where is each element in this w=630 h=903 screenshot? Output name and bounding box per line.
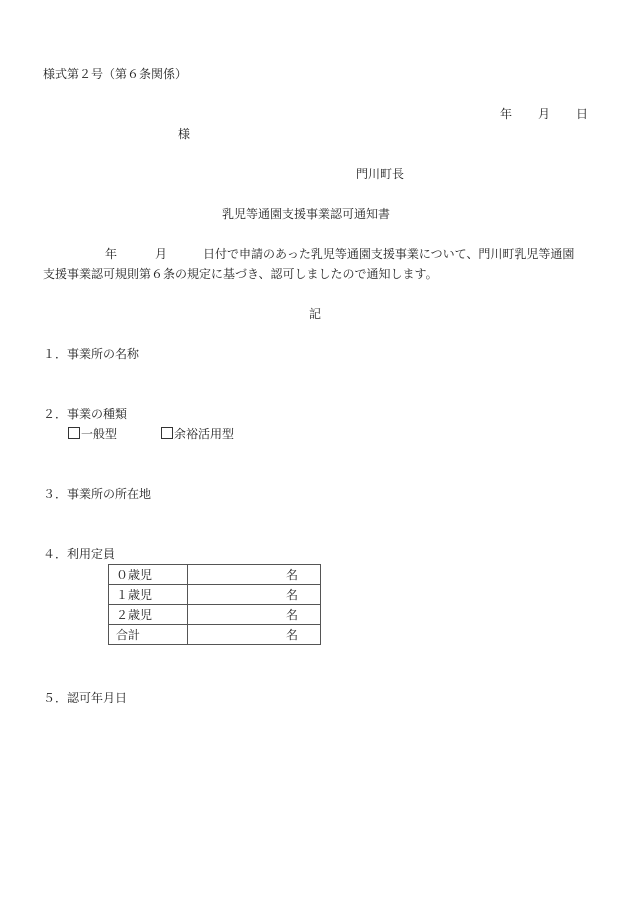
item-business-type: ２．事業の種類	[43, 406, 127, 422]
capacity-table: ０歳児 名 １歳児 名 ２歳児 名 合計 名	[108, 564, 321, 645]
row-count-field[interactable]: 名	[188, 605, 321, 625]
checkbox-icon[interactable]	[68, 427, 80, 439]
row-label: 合計	[109, 625, 188, 645]
body-month: 月	[155, 246, 203, 262]
ki-heading: 記	[309, 306, 321, 322]
table-row: １歳児 名	[109, 585, 321, 605]
body-line-1: 年月日付で申請のあった乳児等通園支援事業について、門川町乳児等通園	[43, 246, 574, 262]
date-day: 日	[576, 106, 588, 122]
table-row: ０歳児 名	[109, 565, 321, 585]
body-year: 年	[105, 246, 155, 262]
row-count-field[interactable]: 名	[188, 625, 321, 645]
table-row: 合計 名	[109, 625, 321, 645]
body-rest: 日付で申請のあった乳児等通園支援事業について、門川町乳児等通園	[203, 247, 574, 261]
item-facility-name: １．事業所の名称	[43, 346, 139, 362]
date-year: 年	[500, 106, 538, 122]
table-row: ２歳児 名	[109, 605, 321, 625]
option-surplus[interactable]: 余裕活用型	[161, 426, 234, 442]
business-type-options: 一般型余裕活用型	[68, 426, 234, 442]
checkbox-icon[interactable]	[161, 427, 173, 439]
row-label: ２歳児	[109, 605, 188, 625]
row-count-field[interactable]: 名	[188, 565, 321, 585]
date-month: 月	[538, 106, 576, 122]
row-count-field[interactable]: 名	[188, 585, 321, 605]
addressee-suffix: 様	[178, 126, 190, 142]
option-surplus-label: 余裕活用型	[174, 426, 234, 442]
body-line-2: 支援事業認可規則第６条の規定に基づき、認可しましたので通知します。	[43, 266, 438, 282]
option-general[interactable]: 一般型	[68, 426, 161, 442]
option-general-label: 一般型	[81, 426, 117, 442]
item-capacity: ４．利用定員	[43, 546, 115, 562]
item-facility-address: ３．事業所の所在地	[43, 486, 151, 502]
date-line: 年月日	[500, 106, 588, 122]
row-label: １歳児	[109, 585, 188, 605]
item-approval-date: ５．認可年月日	[43, 690, 127, 706]
document-title: 乳児等通園支援事業認可通知書	[222, 206, 390, 222]
form-number: 様式第２号（第６条関係）	[43, 66, 187, 82]
issuer-name: 門川町長	[356, 166, 404, 182]
row-label: ０歳児	[109, 565, 188, 585]
